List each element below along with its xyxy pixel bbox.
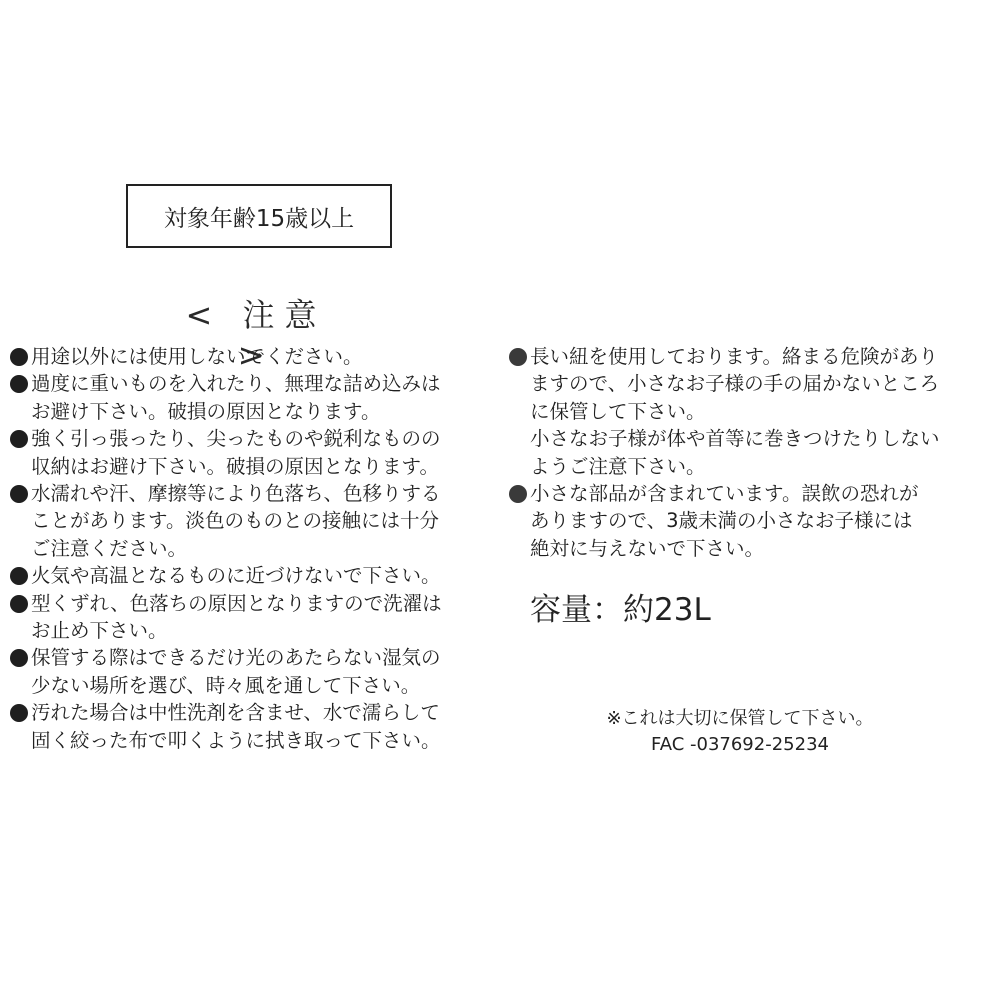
caution-line: 水濡れや汗、摩擦等により色落ち、色移りする xyxy=(31,480,500,507)
caution-line: ようご注意下さい。 xyxy=(530,453,989,480)
caution-line: 絶対に与えないで下さい。 xyxy=(530,535,989,562)
caution-item: 長い紐を使用しております。絡まる危険があり ますので、小さなお子様の手の届かない… xyxy=(509,343,989,480)
caution-list-right: 長い紐を使用しております。絡まる危険があり ますので、小さなお子様の手の届かない… xyxy=(509,343,989,562)
footer-notice: ※これは大切に保管して下さい。 FAC -037692-25234 xyxy=(560,706,920,758)
caution-item: 強く引っ張ったり、尖ったものや鋭利なものの 収納はお避け下さい。破損の原因となり… xyxy=(10,425,500,480)
age-recommendation-text: 対象年齢15歳以上 xyxy=(164,200,354,233)
bullet-icon xyxy=(10,485,28,503)
caution-item: 用途以外には使用しないでください。 xyxy=(10,343,500,370)
caution-line: ことがあります。淡色のものとの接触には十分 xyxy=(31,507,500,534)
caution-item: 小さな部品が含まれています。誤飲の恐れが ありますので、3歳未満の小さなお子様に… xyxy=(509,480,989,562)
bullet-icon xyxy=(10,430,28,448)
caution-item: 水濡れや汗、摩擦等により色落ち、色移りする ことがあります。淡色のものとの接触に… xyxy=(10,480,500,562)
caution-item: 過度に重いものを入れたり、無理な詰め込みは お避け下さい。破損の原因となります。 xyxy=(10,370,500,425)
caution-line: 用途以外には使用しないでください。 xyxy=(31,343,500,370)
age-recommendation-box: 対象年齢15歳以上 xyxy=(126,184,392,248)
caution-line: 長い紐を使用しております。絡まる危険があり xyxy=(530,343,989,370)
caution-list-left: 用途以外には使用しないでください。 過度に重いものを入れたり、無理な詰め込みは … xyxy=(10,343,500,754)
caution-line: 小さな部品が含まれています。誤飲の恐れが xyxy=(530,480,989,507)
capacity-label: 容量：約23L xyxy=(530,584,711,629)
caution-item: 型くずれ、色落ちの原因となりますので洗濯は お止め下さい。 xyxy=(10,590,500,645)
caution-line: お止め下さい。 xyxy=(31,617,500,644)
caution-line: 小さなお子様が体や首等に巻きつけたりしない xyxy=(530,425,989,452)
caution-item: 火気や高温となるものに近づけないで下さい。 xyxy=(10,562,500,589)
caution-line: 固く絞った布で叩くように拭き取って下さい。 xyxy=(31,727,500,754)
caution-line: ありますので、3歳未満の小さなお子様には xyxy=(530,507,989,534)
caution-line: 汚れた場合は中性洗剤を含ませ、水で濡らして xyxy=(31,699,500,726)
caution-line: 型くずれ、色落ちの原因となりますので洗濯は xyxy=(31,590,500,617)
bullet-icon xyxy=(10,375,28,393)
caution-line: 強く引っ張ったり、尖ったものや鋭利なものの xyxy=(31,425,500,452)
keep-notice: ※これは大切に保管して下さい。 xyxy=(560,706,920,732)
caution-line: に保管して下さい。 xyxy=(530,398,989,425)
product-code: FAC -037692-25234 xyxy=(560,732,920,758)
caution-item: 保管する際はできるだけ光のあたらない湿気の 少ない場所を選び、時々風を通して下さ… xyxy=(10,644,500,699)
bullet-icon xyxy=(10,704,28,722)
bullet-icon xyxy=(10,567,28,585)
caution-line: 火気や高温となるものに近づけないで下さい。 xyxy=(31,562,500,589)
caution-line: 少ない場所を選び、時々風を通して下さい。 xyxy=(31,672,500,699)
caution-line: 保管する際はできるだけ光のあたらない湿気の xyxy=(31,644,500,671)
bullet-icon xyxy=(509,485,527,503)
bullet-icon xyxy=(10,649,28,667)
bullet-icon xyxy=(509,348,527,366)
caution-item: 汚れた場合は中性洗剤を含ませ、水で濡らして 固く絞った布で叩くように拭き取って下… xyxy=(10,699,500,754)
caution-line: 過度に重いものを入れたり、無理な詰め込みは xyxy=(31,370,500,397)
caution-line: お避け下さい。破損の原因となります。 xyxy=(31,398,500,425)
bullet-icon xyxy=(10,595,28,613)
caution-line: ますので、小さなお子様の手の届かないところ xyxy=(530,370,989,397)
caution-line: ご注意ください。 xyxy=(31,535,500,562)
caution-line: 収納はお避け下さい。破損の原因となります。 xyxy=(31,453,500,480)
bullet-icon xyxy=(10,348,28,366)
